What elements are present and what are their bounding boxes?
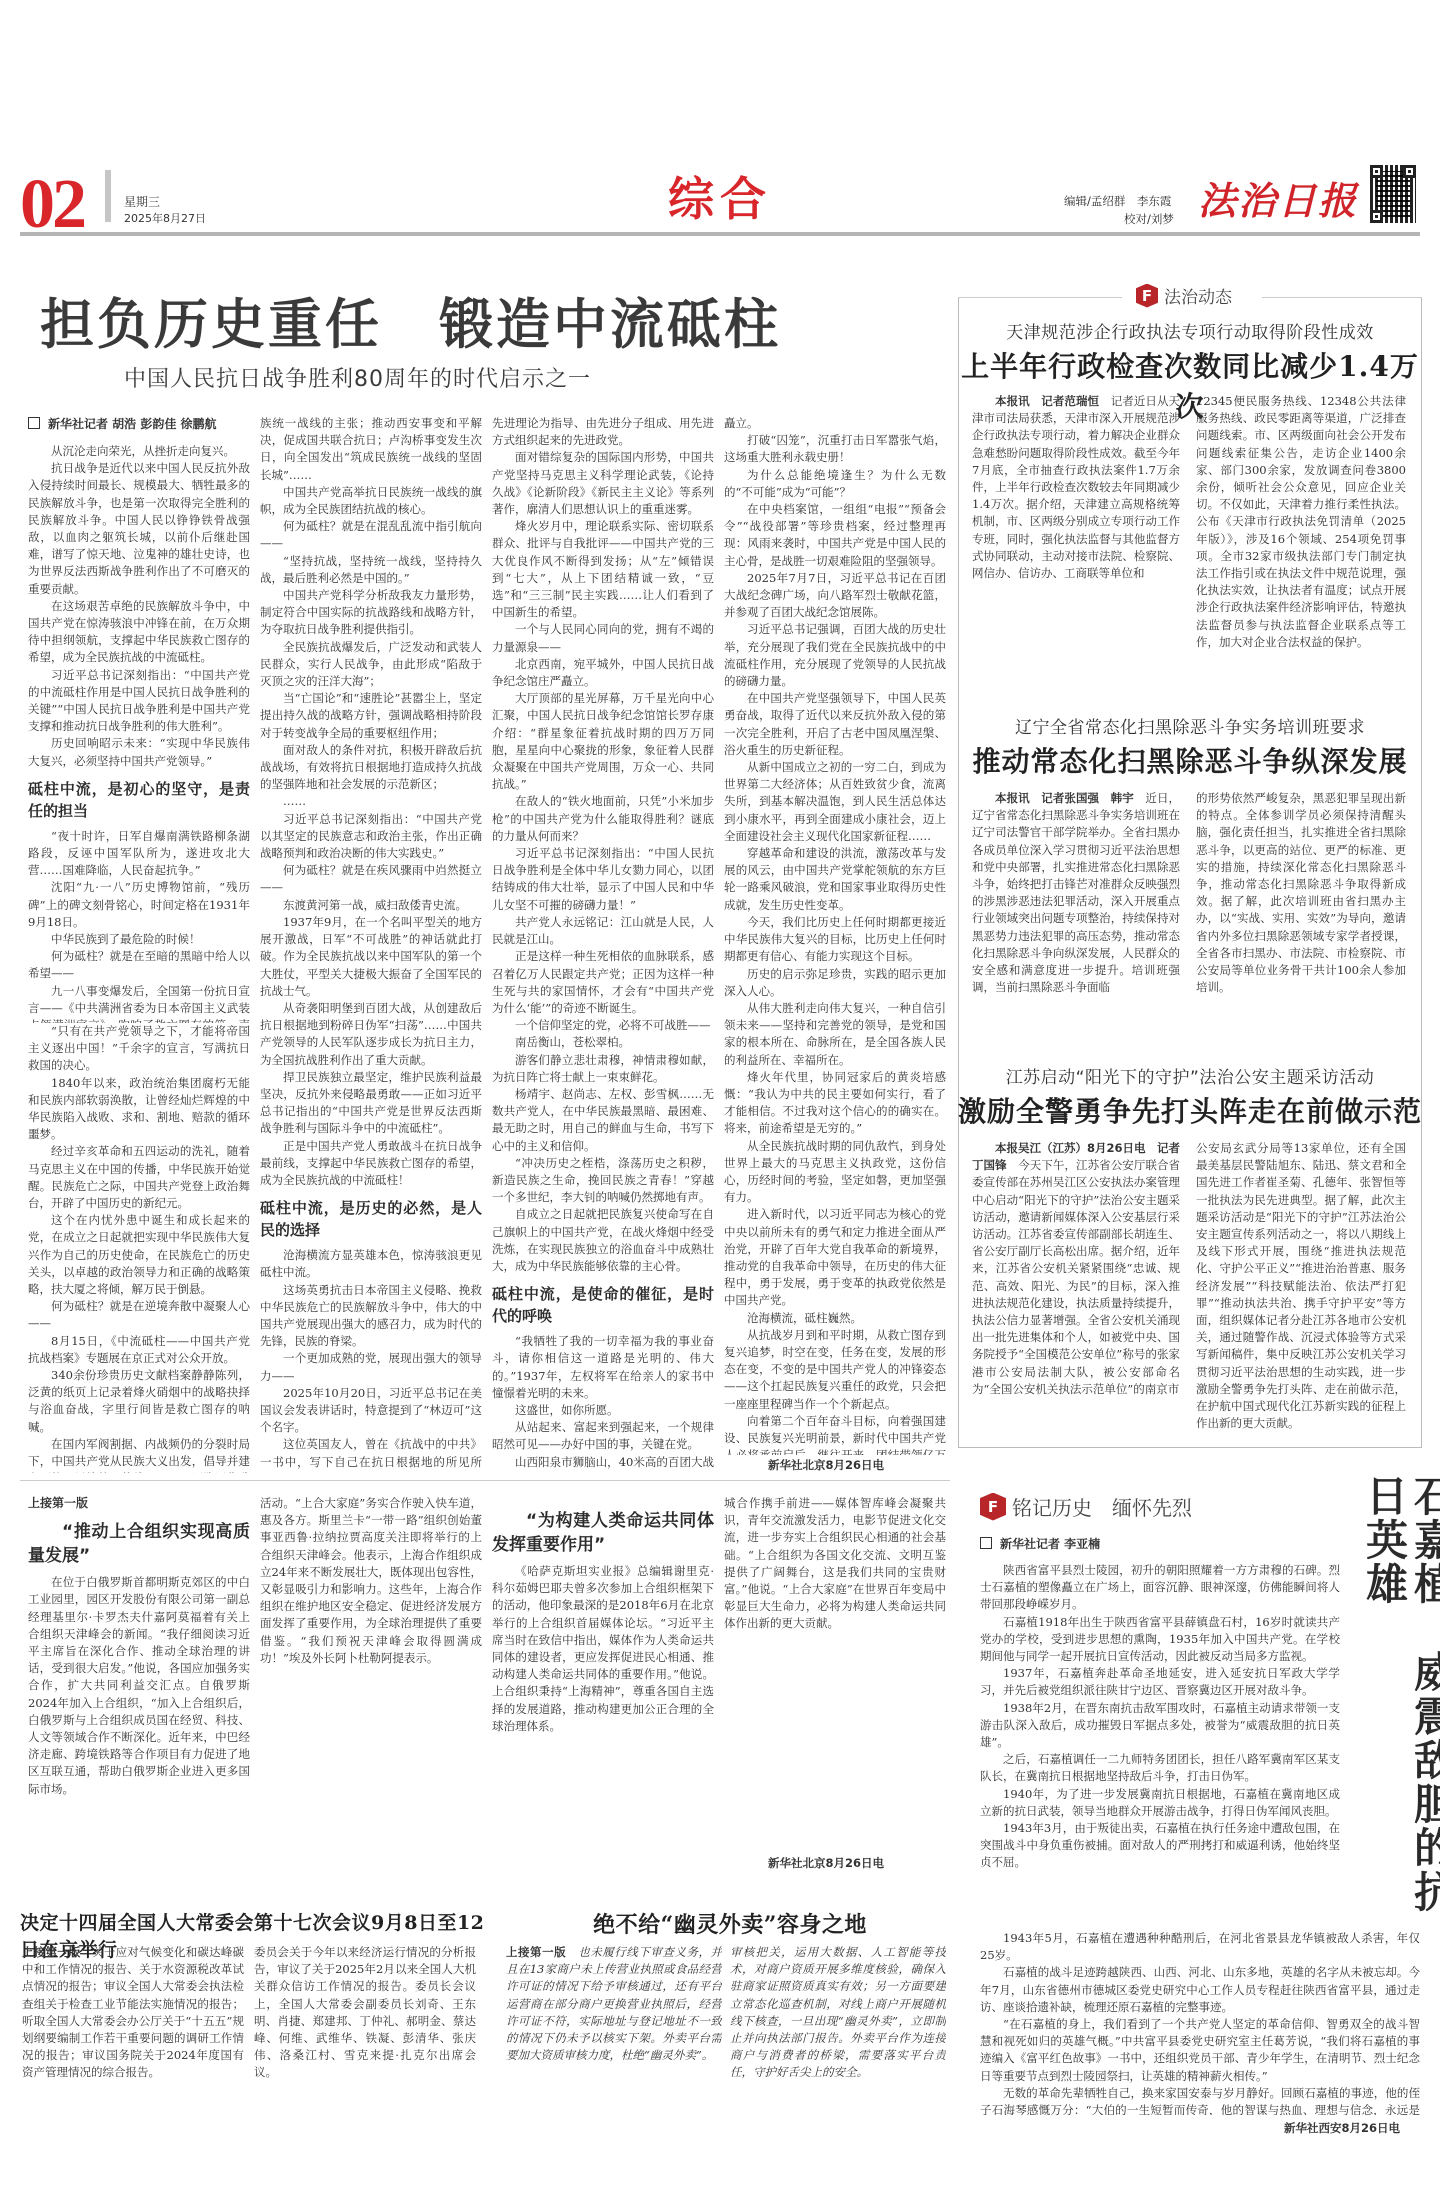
paragraph: 中国共产党高举抗日民族统一战线的旗帜，成为全民族团结抗战的核心。: [260, 484, 482, 518]
paragraph: 沧海横流，砥柱巍然。: [724, 1310, 946, 1327]
story3-headline: 激励全警勇争先打头阵走在前做示范: [958, 1090, 1422, 1130]
paragraph: 委员会关于今年以来经济运行情况的分析报告，审议了关于2025年2月以来全国人大机…: [254, 1944, 476, 2082]
story1-column-2: 12345便民服务热线、12348公共法律服务热线、政民零距离等渠道，广泛排查问…: [1196, 393, 1406, 693]
history-dateline: 新华社西安8月26日电: [1240, 2120, 1400, 2136]
paragraph: 2025年10月20日，习近平总书记在美国议会发表讲话时，特意提到了“林迈可”这…: [260, 1385, 482, 1437]
paragraph: 为什么总能绝境逢生？为什么无数的“不可能”成为“可能”？: [724, 467, 946, 501]
paragraph: 从全民族抗战时期的同仇敌忾，到身处世界上最大的马克思主义执政党，这份信心，历经时…: [724, 1138, 946, 1207]
paragraph: 1840年以来，政治统治集团腐朽无能和民族内部软弱涣散，让曾经灿烂辉煌的中华民族…: [28, 1075, 250, 1144]
paragraph: 矗立。: [724, 415, 946, 432]
byline-text: 新华社记者 李亚楠: [1000, 1537, 1100, 1551]
sco-subhead-1: “推动上合组织实现高质量发展”: [28, 1520, 250, 1568]
section-label: 铭记历史 缅怀先烈: [1012, 1496, 1192, 1520]
paragraph: 山西阳泉市狮脑山，40米高的百团大战纪念碑如同一柄直插云霄的锋利刺刀，傲然: [492, 1454, 714, 1473]
history-body-top: 陕西省富平县烈士陵园，初升的朝阳照耀着一方方肃穆的石碑。烈士石嘉植的塑像矗立在广…: [980, 1562, 1340, 1930]
sco-column-1: 上接第一版 “推动上合组织实现高质量发展” 在位于白俄罗斯首都明斯克郊区的中白工…: [28, 1495, 250, 1870]
paragraph: 大厅顶部的星光屏幕，万千星光向中心汇聚，中国人民抗日战争纪念馆馆长罗存康介绍：“…: [492, 690, 714, 793]
paragraph: 面对敌人的条件对抗，积极开辟敌后抗战战场，有效将抗日根据地打造成持久抗战的坚强阵…: [260, 742, 482, 794]
sco-column-2: 活动。“上合大家庭”务实合作驶入快车道，惠及各方。斯里兰卡“一带一路”组织创始董…: [260, 1495, 482, 1870]
paragraph: 杨靖宇、赵尚志、左权、彭雪枫……无数共产党人，在中华民族最黑暗、最困难、最无助之…: [492, 1086, 714, 1155]
editors: 编辑/孟绍群 李东霞: [1064, 193, 1171, 209]
byline-marker-icon: [980, 1537, 992, 1549]
paragraph: 习近平总书记强调，百团大战的历史壮举，充分展现了我们党在全民族抗战中的中流砥柱作…: [724, 621, 946, 690]
paragraph: “坚持抗战，坚持统一战线，坚持持久战，最后胜利必然是中国的。”: [260, 553, 482, 587]
paragraph: 向着第二个百年奋斗目标，向着强国建设、民族复兴光明前景，新时代中国共产党人必将承…: [724, 1413, 946, 1455]
story-text: 公安局玄武分局等13家单位，还有全国最美基层民警陆旭东、陆迅、蔡文君和全国先进工…: [1196, 1140, 1406, 1432]
history-title: 石嘉植：威震敌胆的抗日英雄: [1360, 1474, 1440, 1914]
story-text: 今天下午，江苏省公安厅联合省委宣传部在苏州吴江区公安执法办案管理中心启动“阳光下…: [972, 1158, 1180, 1396]
paragraph: 何为砥柱？就是在混乱乱流中指引航向——: [260, 518, 482, 552]
story2-kicker: 辽宁全省常态化扫黑除恶斗争实务培训班要求: [958, 713, 1422, 738]
paragraph: 习近平总书记深刻指出：“中国共产党以其坚定的民族意志和政治主张，作出正确战略预判…: [260, 811, 482, 863]
paragraph: 关于应对气候变化和碳达峰碳中和工作情况的报告、关于水资源税改革试点情况的报告；审…: [22, 1945, 244, 2079]
story2-column-1: 本报讯 记者张国强 韩宇 近日，辽宁省常态化扫黑除恶斗争实务培训班在辽宁司法警官…: [972, 790, 1180, 1040]
story2-column-2: 的形势依然严峻复杂，黑恶犯罪呈现出新的特点。全体参训学员必须保持清醒头脑，强化责…: [1196, 790, 1406, 1040]
paragraph: 全民族抗战爆发后，广泛发动和武装人民群众，实行人民战争，由此形成“陷敌于灭顶之灾…: [260, 639, 482, 691]
story1-column-1: 本报讯 记者范瑞恒 记者近日从天津市司法局获悉，天津市深入开展规范涉企行政执法专…: [972, 393, 1180, 693]
lead-column-2: 族统一战线的主张；推动西安事变和平解决，促成国共联合抗日；卢沟桥事变发生次日，向…: [260, 415, 482, 1473]
f-cube-icon: F: [980, 1493, 1006, 1521]
paragraph: 陕西省富平县烈士陵园，初升的朝阳照耀着一方方肃穆的石碑。烈士石嘉植的塑像矗立在广…: [980, 1562, 1340, 1614]
proofreader: 校对/刘梦: [1124, 211, 1174, 227]
paragraph: 在位于白俄罗斯首都明斯克郊区的中白工业园里，园区开发股份有限公司第一副总经理基里…: [28, 1574, 250, 1798]
header-rule: [20, 232, 1420, 236]
paragraph: 沈阳“九·一八”历史博物馆前，“残历碑”上的碑文刻骨铭心，时间定格在1931年9…: [28, 879, 250, 931]
paragraph: 从伟大胜利走向伟大复兴，一种自信引领未来——坚持和完善党的领导，是党和国家的根本…: [724, 1000, 946, 1069]
paragraph: 一个与人民同心同向的党，拥有不竭的力量源泉——: [492, 621, 714, 655]
paragraph: 1937年9月，在一个名叫平型关的地方展开激战，日军“不可战胜”的神话就此打破。…: [260, 914, 482, 1000]
paragraph: 中国共产党科学分析敌我友力量形势，制定符合中国实际的抗战路线和战略方针，为夺取抗…: [260, 587, 482, 639]
f-cube-icon: F: [1136, 284, 1158, 308]
byline-marker-icon: [28, 417, 40, 429]
sco-column-3: “为构建人类命运共同体发挥重要作用” 《哈萨克斯坦实业报》总编辑谢里克·科尔茹姆…: [492, 1495, 714, 1870]
paragraph: 面对错综复杂的国际国内形势，中国共产党坚持马克思主义科学理论武装，《论持久战》《…: [492, 449, 714, 518]
paragraph: 《哈萨克斯坦实业报》总编辑谢里克·科尔茹姆巴耶夫曾多次参加上合组织框架下的活动，…: [492, 1563, 714, 1735]
paragraph: ……: [260, 793, 482, 810]
story-text: 的形势依然严峻复杂，黑恶犯罪呈现出新的特点。全体参训学员必须保持清醒头脑，强化责…: [1196, 790, 1406, 996]
paragraph: 抗日战争是近代以来中国人民反抗外敌入侵持续时间最长、规模最大、牺牲最多的民族解放…: [28, 460, 250, 598]
paragraph: 九一八事变爆发后，全国第一份抗日宣言——《中共满洲省委为日本帝国主义武装占领满洲…: [28, 983, 250, 1023]
paragraph: 无数的革命先辈牺牲自己，换来家国安泰与岁月静好。回顾石嘉植的事迹，他的侄子石海琴…: [980, 2085, 1420, 2115]
qr-code-icon[interactable]: [1370, 165, 1416, 223]
lead-column-4: 矗立。 打破“囚笼”，沉重打击日军嚣张气焰，这场重大胜利永载史册！ 为什么总能绝…: [724, 415, 946, 1455]
npc-column-1: 上接第一版 关于应对气候变化和碳达峰碳中和工作情况的报告、关于水资源税改革试点情…: [22, 1944, 244, 2179]
paragraph: 从抗战岁月到和平时期，从救亡图存到复兴追梦，时空在变，任务在变，发展的形态在变，…: [724, 1327, 946, 1413]
paragraph: “冲决历史之桎梏，涤荡历史之积秽，新造民族之生命，挽回民族之青春！”穿越一个多世…: [492, 1155, 714, 1207]
story-reporter: 记者张国强 韩宇: [1041, 791, 1134, 805]
paragraph: 也未履行线下审查义务，并且在13家商户未上传营业执照或食品经营许可证的情况下给予…: [506, 1945, 722, 2062]
paragraph: “夜十时许，日军自爆南满铁路柳条湖路段，反诬中国军队所为，遂进攻北大营……国难降…: [28, 828, 250, 880]
lead-dateline: 新华社北京8月26日电: [724, 1457, 884, 1473]
paragraph: 族统一战线的主张；推动西安事变和平解决，促成国共联合抗日；卢沟桥事变发生次日，向…: [260, 415, 482, 484]
lead-byline: 新华社记者 胡浩 彭韵佳 徐鹏航: [28, 415, 217, 432]
paragraph: 这位英国友人，曾在《抗战中的中共》一书中，写下自己在抗日根据地的所见所感：八路军…: [260, 1436, 482, 1473]
paragraph: 东渡黄河第一战，威扫敌倭青史流。: [260, 897, 482, 914]
paragraph: 烽火年代里，协同冠家后的黄炎培感慨：“我认为中共的民主要如何实行，看了才能相信。…: [724, 1069, 946, 1138]
takeout-column-2: 审核把关，运用大数据、人工智能等技术，对商户资质开展多维度核验，确保入驻商家证照…: [730, 1944, 946, 2179]
paragraph: 在这场艰苦卓绝的民族解放斗争中，中国共产党在惊涛骇浪中冲锋在前，在万众期待中担纲…: [28, 598, 250, 667]
paragraph: 进入新时代，以习近平同志为核心的党中央以前所未有的勇气和定力推进全面从严治党，开…: [724, 1206, 946, 1309]
paragraph: 城合作携手前进——媒体智库峰会凝聚共识，青年交流激发活力，电影节促进文化交流，进…: [724, 1495, 946, 1633]
lead-subhead-2: 砥柱中流，是历史的必然，是人民的选择: [260, 1197, 482, 1241]
paragraph: 自成立之日起就把民族复兴使命写在自己旗帜上的中国共产党，在战火烽烟中经受洗炼，在…: [492, 1206, 714, 1275]
paragraph: 一个更加成熟的党，展现出强大的领导力——: [260, 1350, 482, 1384]
paragraph: 从奇袭阳明堡到百团大战，从创建敌后抗日根据地到粉碎日伪军“扫荡”……中国共产党领…: [260, 1000, 482, 1069]
paragraph: 北京西南，宛平城外，中国人民抗日战争纪念馆庄严矗立。: [492, 656, 714, 690]
paragraph: “在石嘉植的身上，我们看到了一个共产党人坚定的革命信仰、智勇双全的战斗智慧和视死…: [980, 2016, 1420, 2085]
paragraph: 今天，我们比历史上任何时期都更接近中华民族伟大复兴的目标，比历史上任何时期都更有…: [724, 914, 946, 966]
issue-date: 2025年8月27日: [124, 210, 206, 226]
paragraph: 游客们静立悲壮肃穆，神情肃穆如献，为抗日阵亡将士献上一束束鲜花。: [492, 1052, 714, 1086]
paragraph: 1943年5月，石嘉植在遭遇种种酷刑后，在河北省景县龙华镇被敌人杀害，年仅25岁…: [980, 1930, 1420, 1964]
byline-text: 新华社记者 胡浩 彭韵佳 徐鹏航: [48, 417, 217, 431]
paragraph: 这个在内忧外患中诞生和成长起来的党，在成立之日起就把实现中华民族伟大复兴作为自己…: [28, 1212, 250, 1298]
paragraph: 穿越革命和建设的洪流，激荡改革与发展的风云，由中国共产党掌舵领航的东方巨轮一路乘…: [724, 845, 946, 914]
paragraph: 石嘉植1918年出生于陕西省富平县薛镇盘石村，16岁时就读共产党办的学校，受到进…: [980, 1614, 1340, 1666]
story-source: 本报讯: [995, 791, 1030, 805]
paragraph: 在国内军阀割据、内战频仍的分裂时局下，中国共产党从民族大义出发，倡导并建立了抗日…: [28, 1436, 250, 1473]
weekday: 星期三: [124, 193, 160, 210]
lead-headline: 担负历史重任 锻造中流砥柱: [40, 282, 781, 359]
lead-subheadline: 中国人民抗日战争胜利80周年的时代启示之一: [124, 362, 591, 393]
story-text: 近日，辽宁省常态化扫黑除恶斗争实务培训班在辽宁司法警官干部学院举办。全省扫黑办各…: [972, 791, 1180, 994]
paragraph: 历史的启示弥足珍贵，实践的昭示更加深入人心。: [724, 966, 946, 1000]
lead-subhead-1: 砥柱中流，是初心的坚守，是责任的担当: [28, 778, 250, 822]
legal-news-top-rule-right: [1262, 297, 1422, 298]
paragraph: 先进理论为指导、由先进分子组成、用先进方式组织起来的先进政党。: [492, 415, 714, 449]
paragraph: 1943年3月，由于叛徒出卖，石嘉植在执行任务途中遭敌包围，在突围战斗中身负重伤…: [980, 1820, 1340, 1872]
takeout-column-1: 上接第一版 也未履行线下审查义务，并且在13家商户未上传营业执照或食品经营许可证…: [506, 1944, 722, 2179]
takeout-headline: 绝不给“幽灵外卖”容身之地: [510, 1908, 950, 1939]
lead-column-1b: “只有在共产党领导之下，才能将帝国主义逐出中国！”千余字的宣言，写满抗日救国的决…: [28, 1023, 250, 1473]
story1-kicker: 天津规范涉企行政执法专项行动取得阶段性成效: [958, 318, 1422, 343]
continued-label: 上接第一版: [28, 1495, 250, 1512]
lead-column-3: 先进理论为指导、由先进分子组成、用先进方式组织起来的先进政党。 面对错综复杂的国…: [492, 415, 714, 1473]
paragraph: 习近平总书记深刻指出：“中国人民抗日战争胜利是全体中华儿女勠力同心，以团结铸成的…: [492, 845, 714, 914]
paragraph: “只有在共产党领导之下，才能将帝国主义逐出中国！”千余字的宣言，写满抗日救国的决…: [28, 1023, 250, 1075]
section-label: 法治动态: [1164, 288, 1232, 308]
paragraph: 打破“囚笼”，沉重打击日军嚣张气焰，这场重大胜利永载史册！: [724, 432, 946, 466]
story-source: 本报吴江（江苏）8月26日电: [995, 1141, 1146, 1155]
header-divider: [105, 170, 111, 222]
paragraph: 8月15日，《中流砥柱——中国共产党抗战档案》专题展在京正式对公众开放。: [28, 1333, 250, 1367]
sco-column-4: 城合作携手前进——媒体智库峰会凝聚共识，青年交流激发活力，电影节促进文化交流，进…: [724, 1495, 946, 1855]
paragraph: 何为砥柱？就是在疾风骤雨中岿然挺立——: [260, 862, 482, 896]
history-byline: 新华社记者 李亚楠: [980, 1535, 1100, 1552]
story2-headline: 推动常态化扫黑除恶斗争纵深发展: [958, 740, 1422, 780]
paragraph: 烽火岁月中，理论联系实际、密切联系群众、批评与自我批评——中国共产党的三大优良作…: [492, 518, 714, 621]
paragraph: 从站起来、富起来到强起来，一个规律昭然可见——办好中国的事，关键在党。: [492, 1419, 714, 1453]
paragraph: 沧海横流方显英雄本色，惊涛骇浪更见砥柱中流。: [260, 1247, 482, 1281]
legal-news-top-rule-left: [958, 297, 1122, 298]
paragraph: 历史回响昭示未来：“实现中华民族伟大复兴，必须坚持中国共产党领导。”: [28, 735, 250, 769]
continued-label: 上接第一版: [22, 1945, 80, 1959]
paragraph: 在中国共产党坚强领导下，中国人民英勇奋战，取得了近代以来反抗外敌入侵的第一次完全…: [724, 690, 946, 759]
paragraph: 这场英勇抗击日本帝国主义侵略、挽救中华民族危亡的民族解放斗争中，伟大的中国共产党…: [260, 1282, 482, 1351]
continued-label: 上接第一版: [506, 1945, 566, 1959]
paragraph: 经过辛亥革命和五四运动的洗礼，随着马克思主义在中国的传播，中华民族开始觉醒。民族…: [28, 1143, 250, 1212]
history-body-bottom: 1943年5月，石嘉植在遭遇种种酷刑后，在河北省景县龙华镇被敌人杀害，年仅25岁…: [980, 1930, 1420, 2115]
paragraph: 活动。“上合大家庭”务实合作驶入快车道，惠及各方。斯里兰卡“一带一路”组织创始董…: [260, 1495, 482, 1667]
paragraph: 何为砥柱？就是在逆境奔散中凝聚人心——: [28, 1298, 250, 1332]
paragraph: 之后，石嘉植调任一二九师特务团团长，担任八路军冀南军区某支队长，在冀南抗日根据地…: [980, 1751, 1340, 1785]
story-reporter: 记者范瑞恒: [1041, 394, 1099, 408]
paragraph: 南岳衡山，苍松翠柏。: [492, 1034, 714, 1051]
story-text: 记者近日从天津市司法局获悉，天津市深入开展规范涉企行政执法专项行动，着力解决企业…: [972, 394, 1180, 580]
story3-column-2: 公安局玄武分局等13家单位，还有全国最美基层民警陆旭东、陆迅、蔡文君和全国先进工…: [1196, 1140, 1406, 1435]
paragraph: 当“亡国论”和“速胜论”甚嚣尘上，坚定提出持久战的战略方针，强调战略相持阶段对于…: [260, 690, 482, 742]
story3-column-1: 本报吴江（江苏）8月26日电 记者丁国锋 今天下午，江苏省公安厅联合省委宣传部在…: [972, 1140, 1180, 1435]
lead-subhead-3: 砥柱中流，是使命的催征，是时代的呼唤: [492, 1283, 714, 1327]
paragraph: 审核把关，运用大数据、人工智能等技术，对商户资质开展多维度核验，确保入驻商家证照…: [730, 1944, 946, 2082]
paragraph: 捍卫民族独立最坚定，维护民族利益最坚决，反抗外来侵略最勇敢——正如习近平总书记指…: [260, 1069, 482, 1138]
paragraph: 1940年，为了进一步发展冀南抗日根据地，石嘉植在冀南地区成立新的抗日武装，领导…: [980, 1786, 1340, 1820]
sco-subhead-2: “为构建人类命运共同体发挥重要作用”: [492, 1509, 714, 1557]
section-divider: [20, 1480, 950, 1481]
story-text: 12345便民服务热线、12348公共法律服务热线、政民零距离等渠道，广泛排查问…: [1196, 393, 1406, 651]
paragraph: 何为砥柱？就是在至暗的黑暗中给人以希望——: [28, 948, 250, 982]
page-number: 02: [20, 170, 84, 240]
lead-column-1: 从沉沦走向荣光，从挫折走向复兴。 抗日战争是近代以来中国人民反抗外敌入侵持续时间…: [28, 443, 250, 1023]
paragraph: 正是这样一种生死相依的血脉联系，感召着亿万人民跟定共产党；正因为这样一种生死与共…: [492, 948, 714, 1017]
sco-dateline: 新华社北京8月26日电: [724, 1855, 884, 1871]
paragraph: 340余份珍贵历史文献档案静静陈列，泛黄的纸页上记录着烽火硝烟中的战略抉择与浴血…: [28, 1367, 250, 1436]
paragraph: 2025年7月7日，习近平总书记在百团大战纪念碑广场，向八路军烈士敬献花篮，并参…: [724, 570, 946, 622]
paragraph: “我牺牲了我的一切幸福为我的事业奋斗，请你相信这一道路是光明的、伟大的。”193…: [492, 1333, 714, 1402]
npc-column-2: 委员会关于今年以来经济运行情况的分析报告，审议了关于2025年2月以来全国人大机…: [254, 1944, 476, 2179]
paragraph: 共产党人永远铭记：江山就是人民，人民就是江山。: [492, 914, 714, 948]
story-source: 本报讯: [995, 394, 1030, 408]
section-title: 综合: [668, 163, 772, 229]
paragraph: 正是中国共产党人勇敢战斗在抗日战争最前线，支撑起中华民族救亡图存的希望，成为全民…: [260, 1138, 482, 1190]
paragraph: 习近平总书记深刻指出：“中国共产党的中流砥柱作用是中国人民抗日战争胜利的关键”“…: [28, 667, 250, 736]
history-section-label: F铭记历史 缅怀先烈: [980, 1492, 1192, 1521]
paragraph: 一个信仰坚定的党，必将不可战胜——: [492, 1017, 714, 1034]
paragraph: 在中央档案馆，一组组“电报”“预备会令”“战役部署”等珍贵档案，经过整理再现：风…: [724, 501, 946, 570]
paragraph: 1937年，石嘉植奔赴革命圣地延安，进入延安抗日军政大学学习，并先后被党组织派往…: [980, 1665, 1340, 1699]
paragraph: 在敌人的“铁火地面前，只凭”小米加步枪”的中国共产党为什么能取得胜利？谜底的力量…: [492, 793, 714, 845]
story3-kicker: 江苏启动“阳光下的守护”法治公安主题采访活动: [958, 1063, 1422, 1088]
legal-news-section-label: F法治动态: [1136, 283, 1232, 308]
paragraph: 从新中国成立之初的一穷二白，到成为世界第二大经济体；从百姓致贫少食，流离失所，到…: [724, 759, 946, 845]
paragraph: 石嘉植的战斗足迹跨越陕西、山西、河北、山东多地，英雄的名字从未被忘却。今年7月，…: [980, 1964, 1420, 2016]
paragraph: 这盛世，如你所愿。: [492, 1402, 714, 1419]
paragraph: 1938年2月，在晋东南抗击敌军围攻时，石嘉植主动请求带领一支游击队深入敌后，成…: [980, 1700, 1340, 1752]
paragraph: 中华民族到了最危险的时候！: [28, 931, 250, 948]
masthead-logo: 法治日报: [1198, 170, 1358, 225]
paragraph: 从沉沦走向荣光，从挫折走向复兴。: [28, 443, 250, 460]
